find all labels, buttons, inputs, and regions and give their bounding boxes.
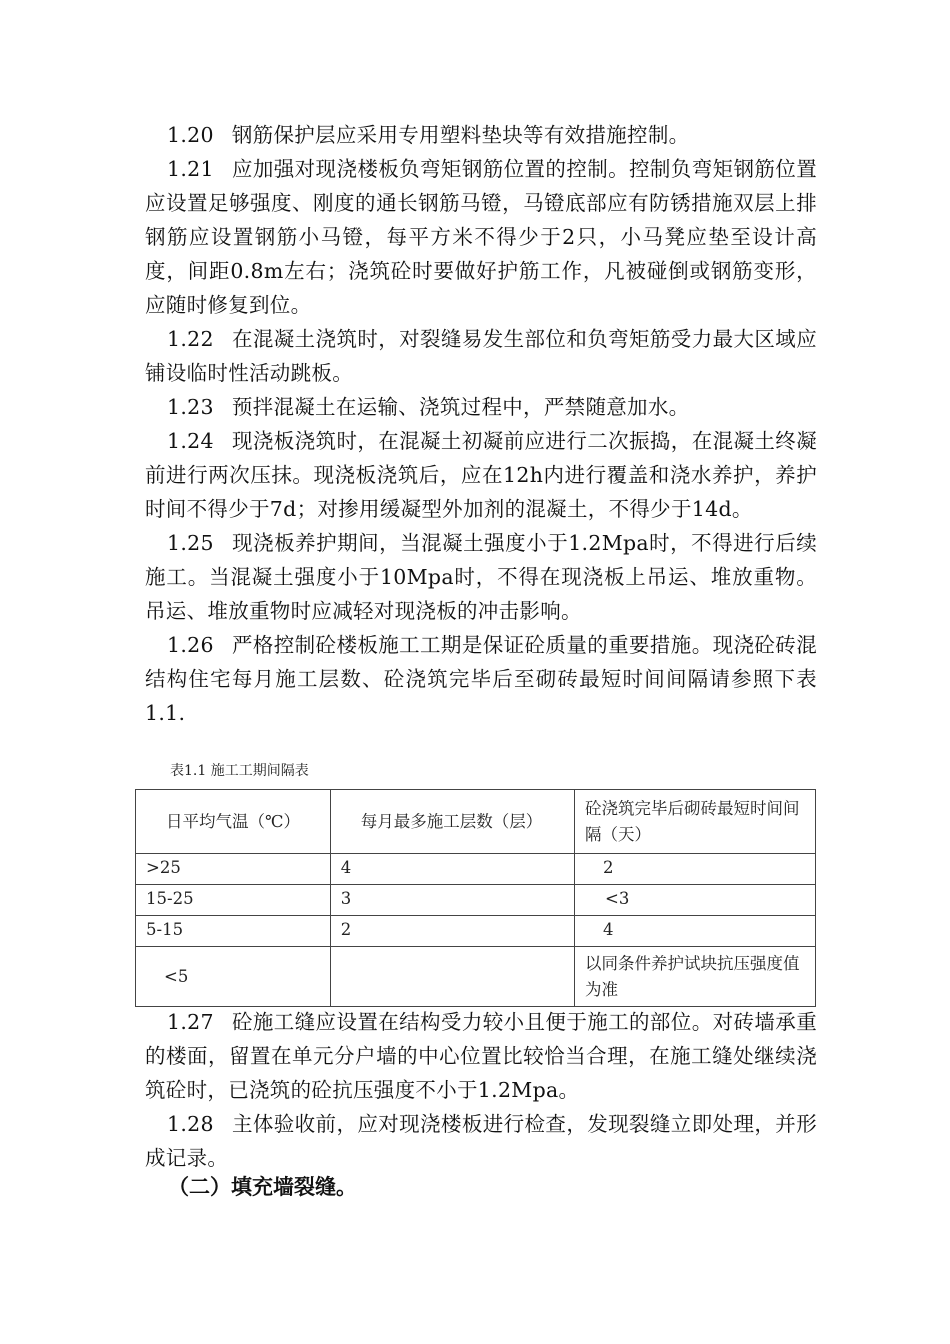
paragraph-1-28: 1.28主体验收前，应对现浇楼板进行检查，发现裂缝立即处理，并形成记录。 — [145, 1107, 817, 1175]
header-cell-temperature: 日平均气温（℃） — [136, 790, 331, 854]
paragraph-1-27: 1.27砼施工缝应设置在结构受力较小且便于施工的部位。对砖墙承重的楼面，留置在单… — [145, 1005, 817, 1107]
header-cell-floors-per-month: 每月最多施工层数（层） — [330, 790, 574, 854]
table-cell: 15-25 — [136, 885, 331, 916]
clause-number: 1.27 — [167, 1010, 214, 1034]
paragraph-1-20: 1.20钢筋保护层应采用专用塑料垫块等有效措施控制。 — [145, 118, 817, 152]
paragraph-1-22: 1.22在混凝土浇筑时，对裂缝易发生部位和负弯矩筋受力最大区域应铺设临时性活动跳… — [145, 322, 817, 390]
clause-number: 1.20 — [167, 123, 214, 147]
table-cell: 2 — [330, 916, 574, 947]
header-cell-min-interval: 砼浇筑完毕后砌砖最短时间间隔（天） — [575, 790, 816, 854]
clause-number: 1.25 — [167, 531, 214, 555]
clause-text: 现浇板养护期间，当混凝土强度小于1.2Mpa时，不得进行后续施工。当混凝土强度小… — [145, 531, 817, 623]
table-cell: 2 — [575, 854, 816, 885]
clause-number: 1.22 — [167, 327, 214, 351]
clause-text: 严格控制砼楼板施工工期是保证砼质量的重要措施。现浇砼砖混结构住宅每月施工层数、砼… — [145, 633, 817, 725]
clause-text: 钢筋保护层应采用专用塑料垫块等有效措施控制。 — [232, 123, 690, 147]
clause-number: 1.21 — [167, 157, 214, 181]
table-cell: <3 — [575, 885, 816, 916]
table-row: >25 4 2 — [136, 854, 816, 885]
clause-text: 应加强对现浇楼板负弯矩钢筋位置的控制。控制负弯矩钢筋位置应设置足够强度、刚度的通… — [145, 157, 817, 317]
paragraph-1-23: 1.23预拌混凝土在运输、浇筑过程中，严禁随意加水。 — [145, 390, 817, 424]
body-text-bottom: 1.27砼施工缝应设置在结构受力较小且便于施工的部位。对砖墙承重的楼面，留置在单… — [145, 1005, 817, 1175]
clause-text: 现浇板浇筑时，在混凝土初凝前应进行二次振捣，在混凝土终凝前进行两次压抹。现浇板浇… — [145, 429, 817, 521]
table-cell: 4 — [575, 916, 816, 947]
paragraph-1-25: 1.25现浇板养护期间，当混凝土强度小于1.2Mpa时，不得进行后续施工。当混凝… — [145, 526, 817, 628]
table-cell: 以同条件养护试块抗压强度值为准 — [575, 947, 816, 1007]
clause-text: 在混凝土浇筑时，对裂缝易发生部位和负弯矩筋受力最大区域应铺设临时性活动跳板。 — [145, 327, 817, 385]
table-cell: 4 — [330, 854, 574, 885]
table-cell: 5-15 — [136, 916, 331, 947]
table-row: 5-15 2 4 — [136, 916, 816, 947]
clause-number: 1.26 — [167, 633, 214, 657]
table-cell: <5 — [136, 947, 331, 1007]
clause-text: 砼施工缝应设置在结构受力较小且便于施工的部位。对砖墙承重的楼面，留置在单元分户墙… — [145, 1010, 817, 1102]
table-cell — [330, 947, 574, 1007]
clause-number: 1.28 — [167, 1112, 214, 1136]
construction-interval-table: 日平均气温（℃） 每月最多施工层数（层） 砼浇筑完毕后砌砖最短时间间隔（天） >… — [135, 789, 816, 1007]
document-page: 1.20钢筋保护层应采用专用塑料垫块等有效措施控制。 1.21应加强对现浇楼板负… — [0, 0, 950, 1344]
clause-number: 1.24 — [167, 429, 214, 453]
clause-text: 主体验收前，应对现浇楼板进行检查，发现裂缝立即处理，并形成记录。 — [145, 1112, 817, 1170]
paragraph-1-24: 1.24现浇板浇筑时，在混凝土初凝前应进行二次振捣，在混凝土终凝前进行两次压抹。… — [145, 424, 817, 526]
table-header-row: 日平均气温（℃） 每月最多施工层数（层） 砼浇筑完毕后砌砖最短时间间隔（天） — [136, 790, 816, 854]
paragraph-1-21: 1.21应加强对现浇楼板负弯矩钢筋位置的控制。控制负弯矩钢筋位置应设置足够强度、… — [145, 152, 817, 322]
table-cell: 3 — [330, 885, 574, 916]
table-caption: 表1.1 施工工期间隔表 — [170, 762, 309, 780]
table-cell: >25 — [136, 854, 331, 885]
clause-text: 预拌混凝土在运输、浇筑过程中，严禁随意加水。 — [232, 395, 690, 419]
table-row: 15-25 3 <3 — [136, 885, 816, 916]
paragraph-1-26: 1.26严格控制砼楼板施工工期是保证砼质量的重要措施。现浇砼砖混结构住宅每月施工… — [145, 628, 817, 730]
table-row: <5 以同条件养护试块抗压强度值为准 — [136, 947, 816, 1007]
clause-number: 1.23 — [167, 395, 214, 419]
body-text-top: 1.20钢筋保护层应采用专用塑料垫块等有效措施控制。 1.21应加强对现浇楼板负… — [145, 118, 817, 730]
section-heading: （二）填充墙裂缝。 — [168, 1170, 357, 1204]
